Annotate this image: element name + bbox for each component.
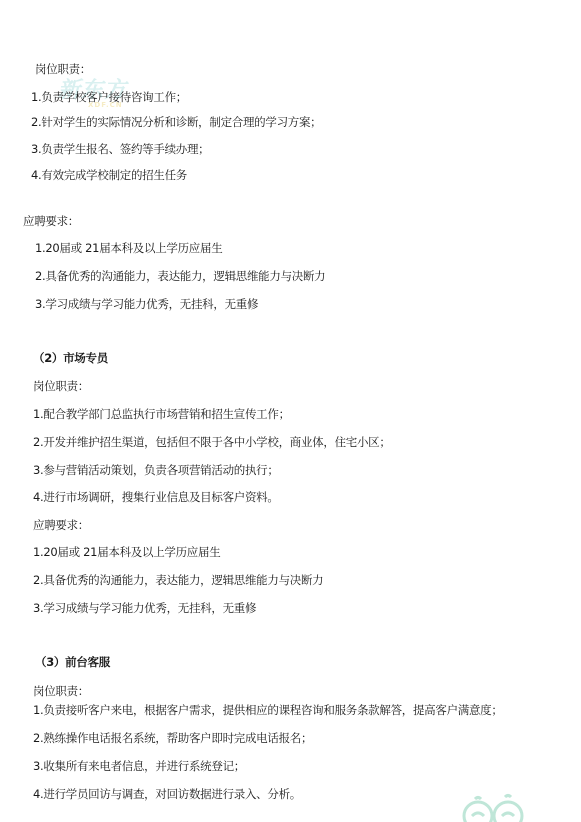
duty-item: 2.熟练操作电话报名系统，帮助客户即时完成电话报名；: [33, 731, 312, 745]
duties-label: 岗位职责：: [35, 62, 91, 76]
section-title: （2）市场专员: [33, 351, 108, 365]
duty-item: 4.有效完成学校制定的招生任务: [31, 168, 187, 182]
duty-item: 4.进行市场调研，搜集行业信息及目标客户资料。: [33, 490, 279, 504]
duty-item: 3.参与营销活动策划，负责各项营销活动的执行；: [33, 463, 279, 477]
duty-item: 4.进行学员回访与调查，对回访数据进行录入、分析。: [33, 787, 301, 801]
requirement-item: 2.具备优秀的沟通能力，表达能力，逻辑思维能力与决断力: [33, 573, 323, 587]
duty-item: 3.负责学生报名、签约等手续办理；: [31, 142, 209, 156]
section-title: （3）前台客服: [35, 655, 110, 669]
duty-item: 2.开发并维护招生渠道，包括但不限于各中小学校，商业体，住宅小区；: [33, 435, 391, 449]
requirement-item: 2.具备优秀的沟通能力，表达能力，逻辑思维能力与决断力: [35, 269, 325, 283]
duty-item: 1.负责学校客户接待咨询工作；: [31, 90, 187, 104]
duties-label: 岗位职责：: [33, 684, 89, 698]
requirement-item: 3.学习成绩与学习能力优秀，无挂科，无重修: [33, 601, 256, 615]
duty-item: 3.收集所有来电者信息，并进行系统登记；: [33, 759, 245, 773]
requirement-item: 1.20届或 21届本科及以上学历应届生: [33, 545, 220, 559]
requirements-label: 应聘要求：: [23, 214, 79, 228]
requirement-item: 1.20届或 21届本科及以上学历应届生: [35, 241, 222, 255]
duty-item: 1.负责接听客户来电，根据客户需求，提供相应的课程咨询和服务条款解答，提高客户满…: [33, 703, 503, 717]
duty-item: 1.配合教学部门总监执行市场营销和招生宣传工作；: [33, 407, 290, 421]
glasses-logo-icon: [458, 790, 528, 822]
requirement-item: 3.学习成绩与学习能力优秀，无挂科，无重修: [35, 297, 258, 311]
duty-item: 2.针对学生的实际情况分析和诊断，制定合理的学习方案；: [31, 115, 321, 129]
requirements-label: 应聘要求：: [33, 518, 89, 532]
duties-label: 岗位职责：: [33, 379, 89, 393]
